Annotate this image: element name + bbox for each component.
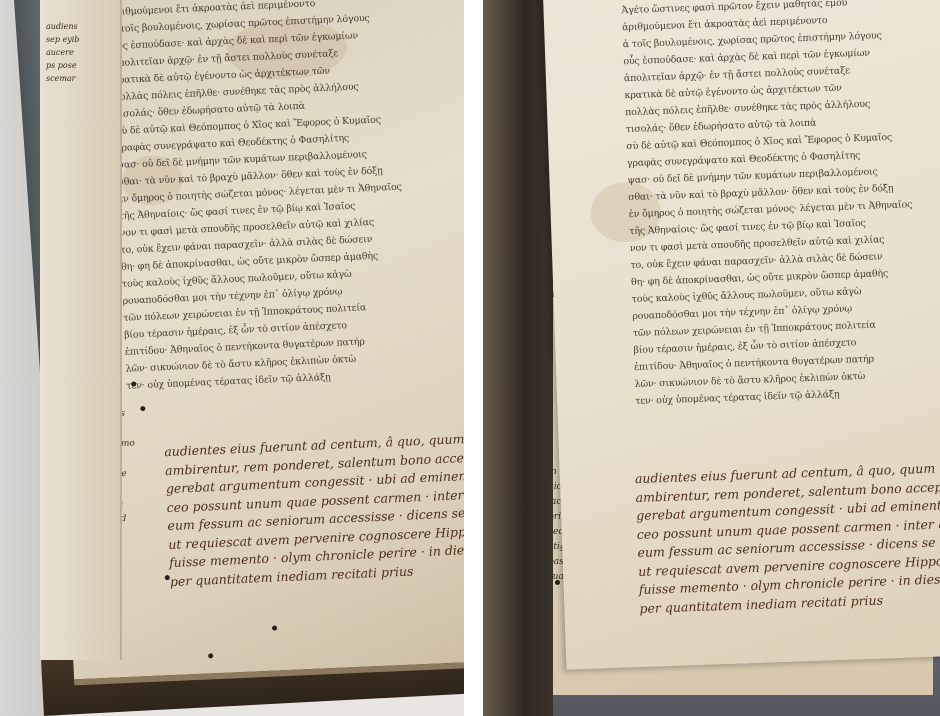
wormhole [208,653,213,658]
handwritten-latin-annotation: audientes eius fuerunt ad centum, â quo,… [635,455,940,618]
margin-note-top: audiens sep eyib aucere ps pose scemar [46,20,79,85]
image-divider [464,0,483,716]
wormhole [272,625,277,630]
wormhole [140,406,145,411]
wormhole [555,580,560,585]
flyleaf-strip: audiens sep eyib aucere ps pose scemar [40,0,122,660]
handwritten-latin-annotation: audientes eius fuerunt ad centum, â quo,… [164,424,464,591]
right-photo: audiens sep eyib aucere ps pose scemar b… [483,0,940,716]
printed-greek-text: Ἀγέτο ὥστινες φασὶ πρῶτον ἔχειν μαθητὰς … [621,0,919,410]
printed-greek-text: Ἀγέτο ὥστινες φασὶ πρῶτον ἔχειν μαθητὰς … [109,0,410,395]
book-cover-edge [483,0,553,716]
book-page: Ἀγέτο ὥστινες φασὶ πρῶτον ἔχειν μαθητὰς … [543,0,940,670]
left-photo: Ἀγέτο ὥστινες φασὶ πρῶτον ἔχειν μαθητὰς … [0,0,464,716]
